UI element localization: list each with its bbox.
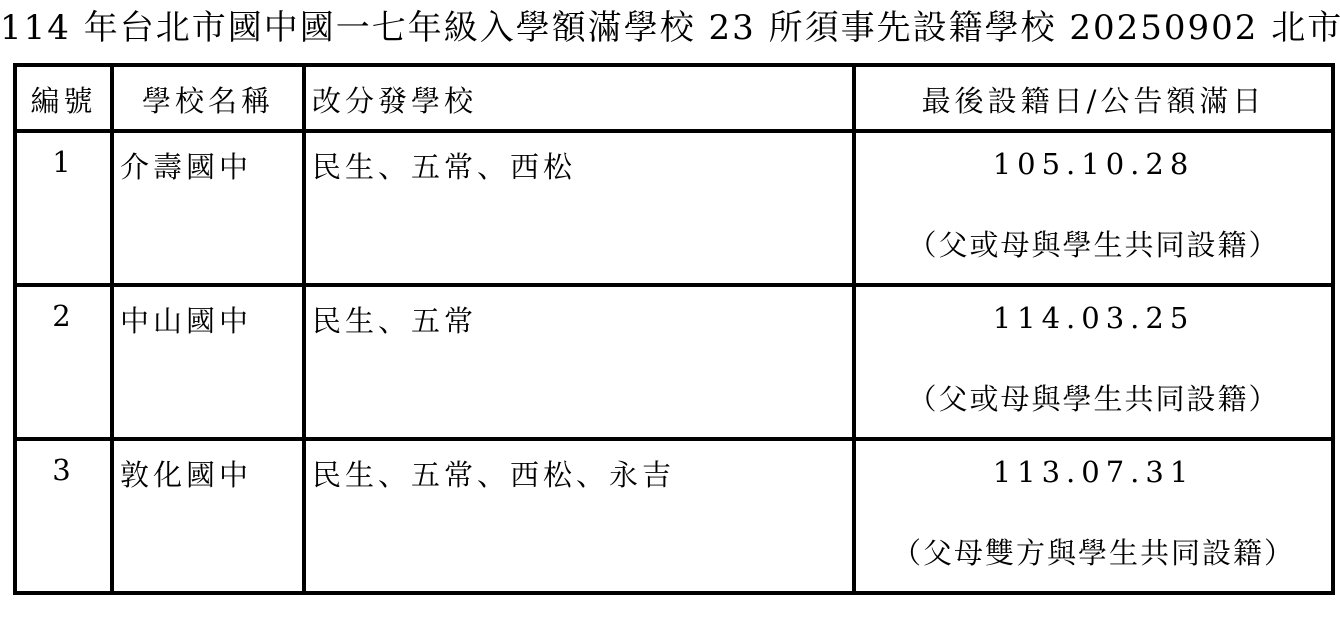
header-deadline-date: 最後設籍日/公告額滿日 [854,65,1333,131]
header-redistribute-schools: 改分發學校 [304,65,854,131]
document-title: 114 年台北市國中國一七年級入學額滿學校 23 所須事先設籍學校 202509… [0,0,1340,49]
deadline-date: 114.03.25 [862,301,1325,335]
school-name-cell: 中山國中 [112,285,304,439]
redistribute-schools-cell: 民生、五常 [304,285,854,439]
header-school-name: 學校名稱 [112,65,304,131]
row-number-cell: 1 [15,131,112,285]
redistribute-schools-cell: 民生、五常、西松、永吉 [304,439,854,593]
document-page: 114 年台北市國中國一七年級入學額滿學校 23 所須事先設籍學校 202509… [0,0,1340,618]
school-name-cell: 敦化國中 [112,439,304,593]
deadline-date: 105.10.28 [862,147,1325,181]
header-number: 編號 [15,65,112,131]
school-name-cell: 介壽國中 [112,131,304,285]
deadline-cell: 114.03.25 （父或母與學生共同設籍） [854,285,1333,439]
residency-note: （父或母與學生共同設籍） [862,223,1325,264]
deadline-date: 113.07.31 [862,455,1325,489]
residency-note: （父母雙方與學生共同設籍） [862,531,1325,572]
school-quota-table: 編號 學校名稱 改分發學校 最後設籍日/公告額滿日 1 介壽國中 民生、五常、西… [13,63,1335,595]
table-row: 3 敦化國中 民生、五常、西松、永吉 113.07.31 （父母雙方與學生共同設… [15,439,1333,593]
table-row: 2 中山國中 民生、五常 114.03.25 （父或母與學生共同設籍） [15,285,1333,439]
deadline-cell: 113.07.31 （父母雙方與學生共同設籍） [854,439,1333,593]
table-row: 1 介壽國中 民生、五常、西松 105.10.28 （父或母與學生共同設籍） [15,131,1333,285]
table-header-row: 編號 學校名稱 改分發學校 最後設籍日/公告額滿日 [15,65,1333,131]
redistribute-schools-cell: 民生、五常、西松 [304,131,854,285]
row-number-cell: 2 [15,285,112,439]
residency-note: （父或母與學生共同設籍） [862,377,1325,418]
deadline-cell: 105.10.28 （父或母與學生共同設籍） [854,131,1333,285]
row-number-cell: 3 [15,439,112,593]
